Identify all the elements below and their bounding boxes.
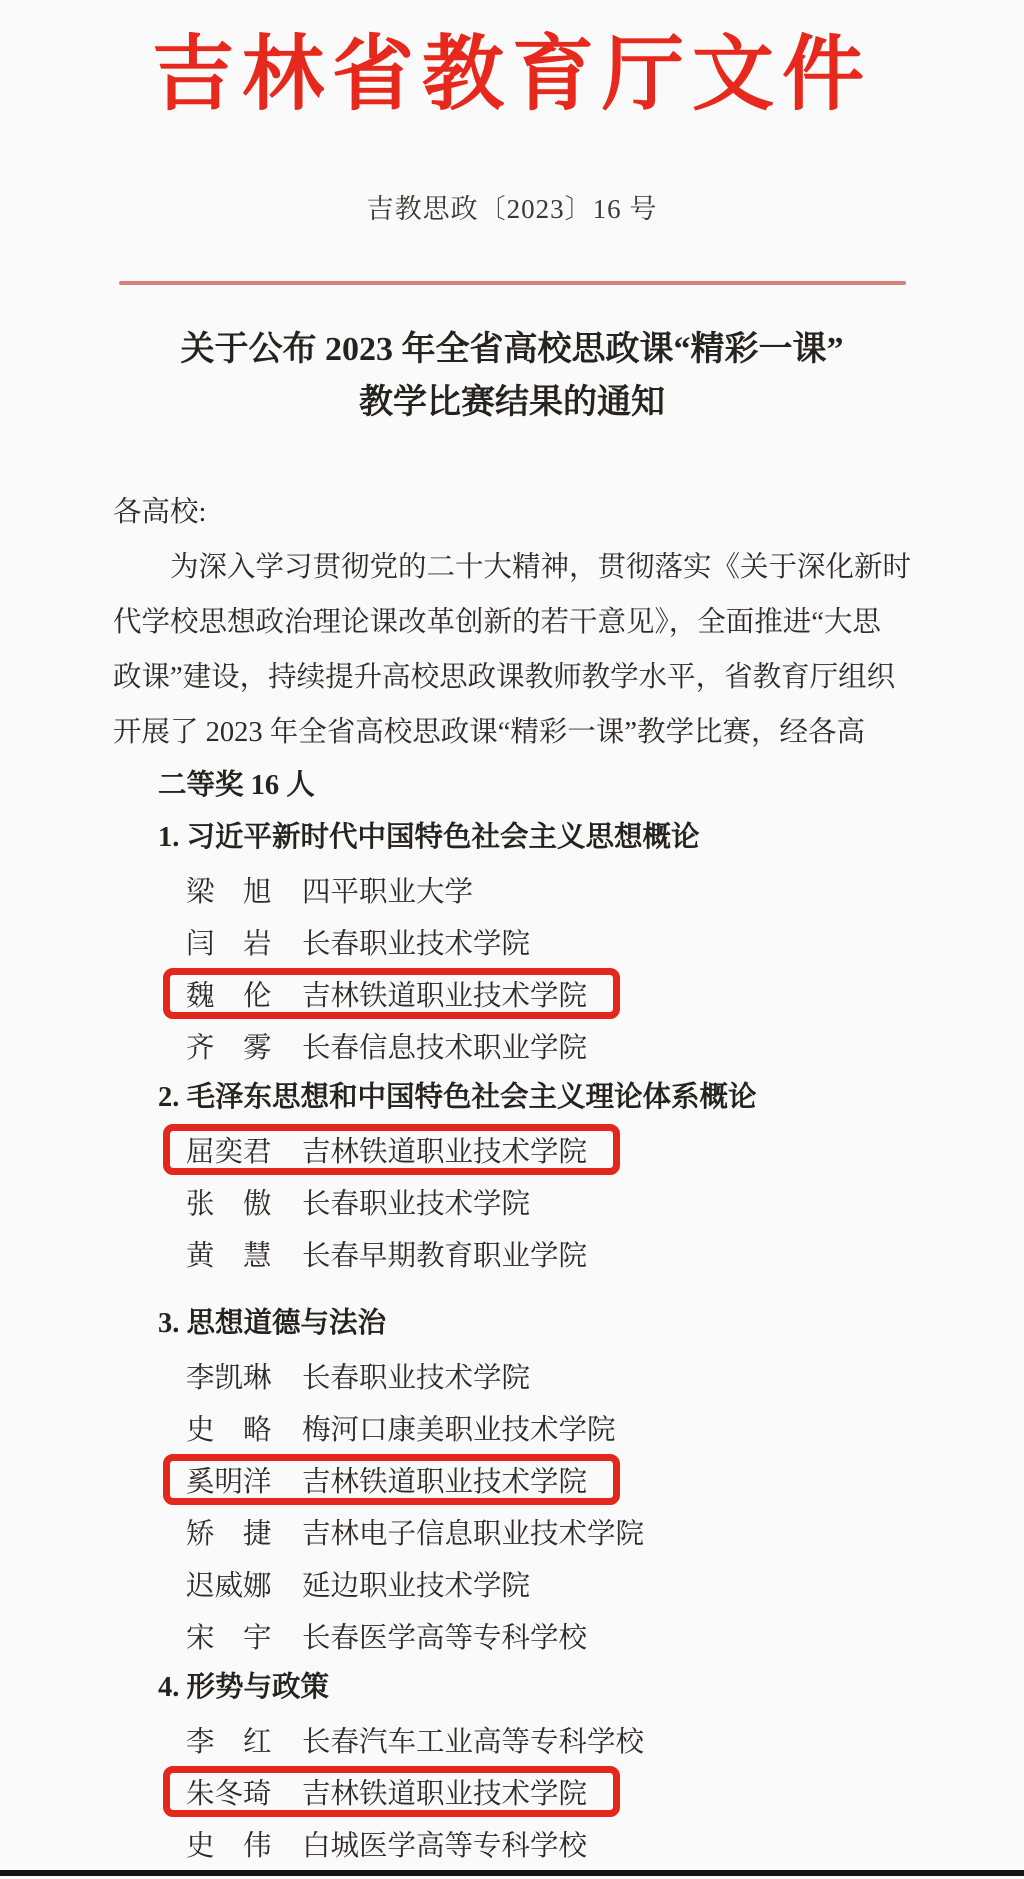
awardee-school: 吉林铁道职业技术学院 xyxy=(302,973,587,1014)
award-entry-row: 屈奕君 吉林铁道职业技术学院 xyxy=(158,1124,1024,1176)
course-section: 2. 毛泽东思想和中国特色社会主义理论体系概论 屈奕君 吉林铁道职业技术学院 张… xyxy=(158,1072,1024,1280)
letterhead-title: 吉林省教育厅文件 xyxy=(0,0,1024,127)
awardee-name: 魏 伦 xyxy=(186,973,272,1014)
awardee-school: 梅河口康美职业技术学院 xyxy=(302,1407,616,1448)
awardee-school: 长春信息技术职业学院 xyxy=(302,1025,587,1066)
awardee-school: 吉林电子信息职业技术学院 xyxy=(302,1511,644,1552)
notice-title-line2: 教学比赛结果的通知 xyxy=(0,376,1024,429)
course-section-entries: 屈奕君 吉林铁道职业技术学院 张 傲 长春职业技术学院 黄 慧 长春早期教育职业… xyxy=(158,1124,1024,1280)
awardee-name: 史 略 xyxy=(186,1407,272,1448)
paragraph-line: 开展了 2023 年全省高校思政课“精彩一课”教学比赛，经各高 xyxy=(113,705,911,760)
awardee-school: 长春职业技术学院 xyxy=(302,1355,530,1396)
award-entry-row: 迟威娜 延边职业技术学院 xyxy=(158,1558,1024,1610)
course-section-heading: 1. 习近平新时代中国特色社会主义思想概论 xyxy=(158,812,1024,864)
notice-body: 各高校: 为深入学习贯彻党的二十大精神，贯彻落实《关于深化新时代学校思想政治理论… xyxy=(113,485,911,760)
award-entry-row: 张 傲 长春职业技术学院 xyxy=(158,1176,1024,1228)
awardee-name: 奚明洋 xyxy=(186,1459,272,1500)
document-number: 吉教思政〔2023〕16 号 xyxy=(0,191,1024,227)
awardee-name: 朱冬琦 xyxy=(186,1771,272,1812)
paragraph-line: 为深入学习贯彻党的二十大精神，贯彻落实《关于深化新时 xyxy=(113,540,911,595)
awardee-name: 黄 慧 xyxy=(186,1233,272,1274)
awardee-school: 吉林铁道职业技术学院 xyxy=(302,1771,587,1812)
award-entry-row: 魏 伦 吉林铁道职业技术学院 xyxy=(158,968,1024,1020)
awardee-school: 吉林铁道职业技术学院 xyxy=(302,1129,587,1170)
awardee-name: 屈奕君 xyxy=(186,1129,272,1170)
awardee-school: 长春早期教育职业学院 xyxy=(302,1233,587,1274)
awardee-school: 长春职业技术学院 xyxy=(302,921,530,962)
course-section-entries: 李 红 长春汽车工业高等专科学校 朱冬琦 吉林铁道职业技术学院 史 伟 白城医学… xyxy=(158,1714,1024,1870)
award-sections: 1. 习近平新时代中国特色社会主义思想概论 梁 旭 四平职业大学 闫 岩 长春职… xyxy=(158,812,1024,1870)
awardee-school: 长春汽车工业高等专科学校 xyxy=(302,1719,644,1760)
awardee-school: 四平职业大学 xyxy=(302,869,473,910)
award-entry-row: 闫 岩 长春职业技术学院 xyxy=(158,916,1024,968)
awardee-school: 延边职业技术学院 xyxy=(302,1563,530,1604)
awardee-name: 矫 捷 xyxy=(186,1511,272,1552)
course-section: 1. 习近平新时代中国特色社会主义思想概论 梁 旭 四平职业大学 闫 岩 长春职… xyxy=(158,812,1024,1072)
awardee-name: 闫 岩 xyxy=(186,921,272,962)
awardee-school: 吉林铁道职业技术学院 xyxy=(302,1459,587,1500)
awardee-school: 长春医学高等专科学校 xyxy=(302,1615,587,1656)
award-entry-row: 宋 宇 长春医学高等专科学校 xyxy=(158,1610,1024,1662)
course-section: 4. 形势与政策 李 红 长春汽车工业高等专科学校 朱冬琦 吉林铁道职业技术学院… xyxy=(158,1662,1024,1870)
award-entry-row: 矫 捷 吉林电子信息职业技术学院 xyxy=(158,1506,1024,1558)
award-entry-row: 黄 慧 长春早期教育职业学院 xyxy=(158,1228,1024,1280)
award-entry-row: 史 伟 白城医学高等专科学校 xyxy=(158,1818,1024,1870)
awardee-name: 齐 雾 xyxy=(186,1025,272,1066)
course-section-entries: 李凯琳 长春职业技术学院 史 略 梅河口康美职业技术学院 奚明洋 吉林铁道职业技… xyxy=(158,1350,1024,1662)
notice-title: 关于公布 2023 年全省高校思政课“精彩一课” 教学比赛结果的通知 xyxy=(0,323,1024,429)
award-entry-row: 李 红 长春汽车工业高等专科学校 xyxy=(158,1714,1024,1766)
awardee-name: 梁 旭 xyxy=(186,869,272,910)
paragraph-line: 政课”建设，持续提升高校思政课教师教学水平，省教育厅组织 xyxy=(113,650,911,705)
paragraph-line: 代学校思想政治理论课改革创新的若干意见》，全面推进“大思 xyxy=(113,595,911,650)
awardee-name: 宋 宇 xyxy=(186,1615,272,1656)
awardee-name: 李 红 xyxy=(186,1719,272,1760)
bottom-border-line xyxy=(0,1870,1024,1876)
award-entry-row: 齐 雾 长春信息技术职业学院 xyxy=(158,1020,1024,1072)
awards-list: 二等奖 16 人 1. 习近平新时代中国特色社会主义思想概论 梁 旭 四平职业大… xyxy=(158,760,1024,1870)
awardee-name: 李凯琳 xyxy=(186,1355,272,1396)
awardee-name: 迟威娜 xyxy=(186,1563,272,1604)
course-section-heading: 4. 形势与政策 xyxy=(158,1662,1024,1714)
award-entry-row: 奚明洋 吉林铁道职业技术学院 xyxy=(158,1454,1024,1506)
award-grade-header: 二等奖 16 人 xyxy=(158,760,1024,812)
course-section-entries: 梁 旭 四平职业大学 闫 岩 长春职业技术学院 魏 伦 吉林铁道职业技术学院 齐… xyxy=(158,864,1024,1072)
document-page: 吉林省教育厅文件 吉教思政〔2023〕16 号 关于公布 2023 年全省高校思… xyxy=(0,0,1024,1879)
awardee-school: 白城医学高等专科学校 xyxy=(302,1823,587,1864)
salutation: 各高校: xyxy=(113,485,911,540)
award-entry-row: 史 略 梅河口康美职业技术学院 xyxy=(158,1402,1024,1454)
awardee-name: 史 伟 xyxy=(186,1823,272,1864)
course-section-heading: 3. 思想道德与法治 xyxy=(158,1298,1024,1350)
red-divider-line xyxy=(119,281,906,285)
notice-title-line1: 关于公布 2023 年全省高校思政课“精彩一课” xyxy=(0,323,1024,376)
notice-paragraph: 为深入学习贯彻党的二十大精神，贯彻落实《关于深化新时代学校思想政治理论课改革创新… xyxy=(113,540,911,760)
award-entry-row: 梁 旭 四平职业大学 xyxy=(158,864,1024,916)
award-entry-row: 朱冬琦 吉林铁道职业技术学院 xyxy=(158,1766,1024,1818)
awardee-name: 张 傲 xyxy=(186,1181,272,1222)
course-section-heading: 2. 毛泽东思想和中国特色社会主义理论体系概论 xyxy=(158,1072,1024,1124)
course-section: 3. 思想道德与法治 李凯琳 长春职业技术学院 史 略 梅河口康美职业技术学院 … xyxy=(158,1298,1024,1662)
award-entry-row: 李凯琳 长春职业技术学院 xyxy=(158,1350,1024,1402)
awardee-school: 长春职业技术学院 xyxy=(302,1181,530,1222)
